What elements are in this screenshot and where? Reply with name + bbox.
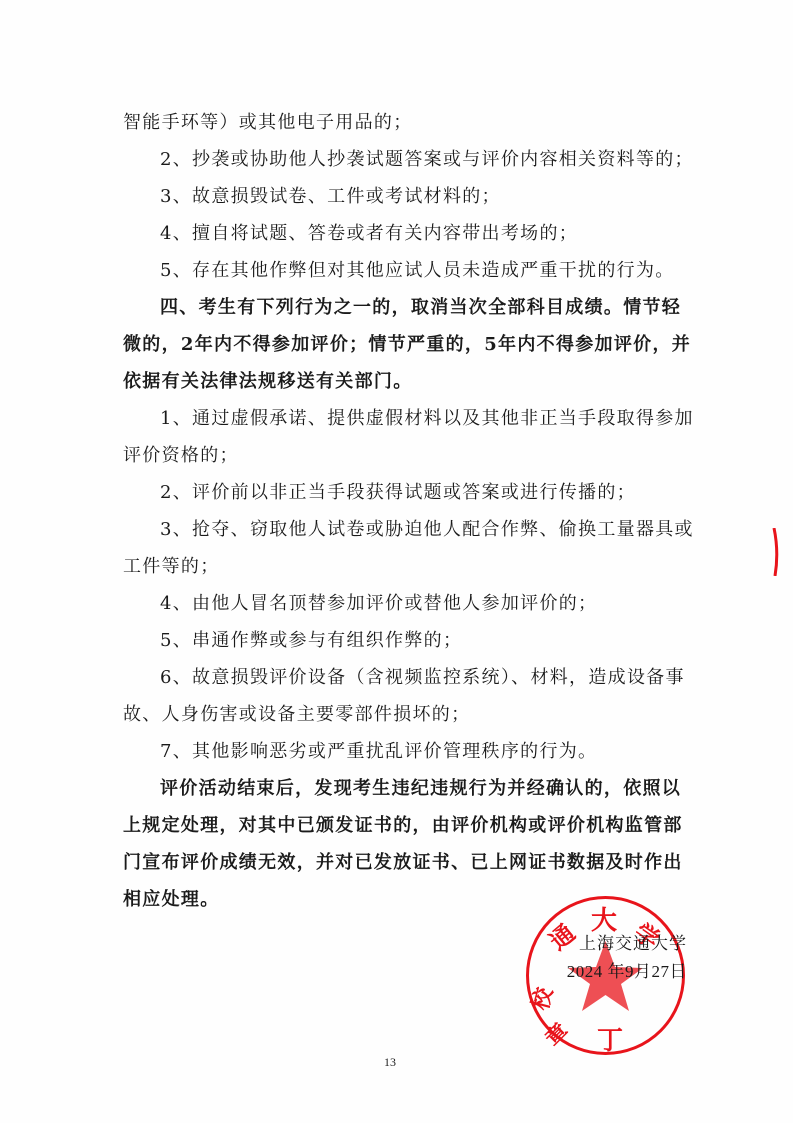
section-heading-4-line-2: 微的，2年内不得参加评价；情节严重的，5年内不得参加评价，并	[123, 326, 668, 363]
section-heading-4-line-1: 四、考生有下列行为之一的，取消当次全部科目成绩。情节轻	[123, 289, 668, 326]
body-line-3: 3、故意损毁试卷、工件或考试材料的；	[123, 178, 668, 215]
body-line-5: 5、存在其他作弊但对其他应试人员未造成严重干扰的行为。	[123, 252, 668, 289]
body-line-1: 智能手环等）或其他电子用品的；	[123, 104, 668, 141]
svg-text:丁: 丁	[597, 1026, 623, 1056]
body-line-9: 1、通过虚假承诺、提供虚假材料以及其他非正当手段取得参加	[123, 400, 668, 437]
body-line-16: 6、故意损毁评价设备（含视频监控系统）、材料，造成设备事	[123, 659, 668, 696]
body-line-11: 2、评价前以非正当手段获得试题或答案或进行传播的；	[123, 474, 668, 511]
body-line-14: 4、由他人冒名顶替参加评价或替他人参加评价的；	[123, 585, 668, 622]
body-line-15: 5、串通作弊或参与有组织作弊的；	[123, 622, 668, 659]
signature-date: 2024 年9月27日	[537, 958, 687, 986]
body-line-4: 4、擅自将试题、答卷或者有关内容带出考场的；	[123, 215, 668, 252]
seam-seal-edge-icon	[772, 528, 780, 576]
svg-text:校: 校	[527, 984, 558, 1014]
body-line-18: 7、其他影响恶劣或严重扰乱评价管理秩序的行为。	[123, 733, 668, 770]
signature-block: 上海交通大学 2024 年9月27日	[537, 930, 687, 986]
closing-paragraph-line-2: 上规定处理，对其中已颁发证书的，由评价机构或评价机构监管部	[123, 807, 668, 844]
closing-paragraph-line-3: 门宣布评价成绩无效，并对已发放证书、已上网证书数据及时作出	[123, 844, 668, 881]
body-line-10: 评价资格的；	[123, 437, 668, 474]
document-body: 智能手环等）或其他电子用品的； 2、抄袭或协助他人抄袭试题答案或与评价内容相关资…	[123, 104, 668, 918]
body-line-13: 工件等的；	[123, 548, 668, 585]
signature-organization: 上海交通大学	[537, 930, 687, 958]
body-line-2: 2、抄袭或协助他人抄袭试题答案或与评价内容相关资料等的；	[123, 141, 668, 178]
section-heading-4-line-3: 依据有关法律法规移送有关部门。	[123, 363, 668, 400]
page-number: 13	[384, 1055, 396, 1070]
body-line-12: 3、抢夺、窃取他人试卷或胁迫他人配合作弊、偷换工量器具或	[123, 511, 668, 548]
body-line-17: 故、人身伤害或设备主要零部件损坏的；	[123, 696, 668, 733]
document-page: 智能手环等）或其他电子用品的； 2、抄袭或协助他人抄袭试题答案或与评价内容相关资…	[0, 0, 793, 1123]
closing-paragraph-line-1: 评价活动结束后，发现考生违纪违规行为并经确认的，依照以	[123, 770, 668, 807]
